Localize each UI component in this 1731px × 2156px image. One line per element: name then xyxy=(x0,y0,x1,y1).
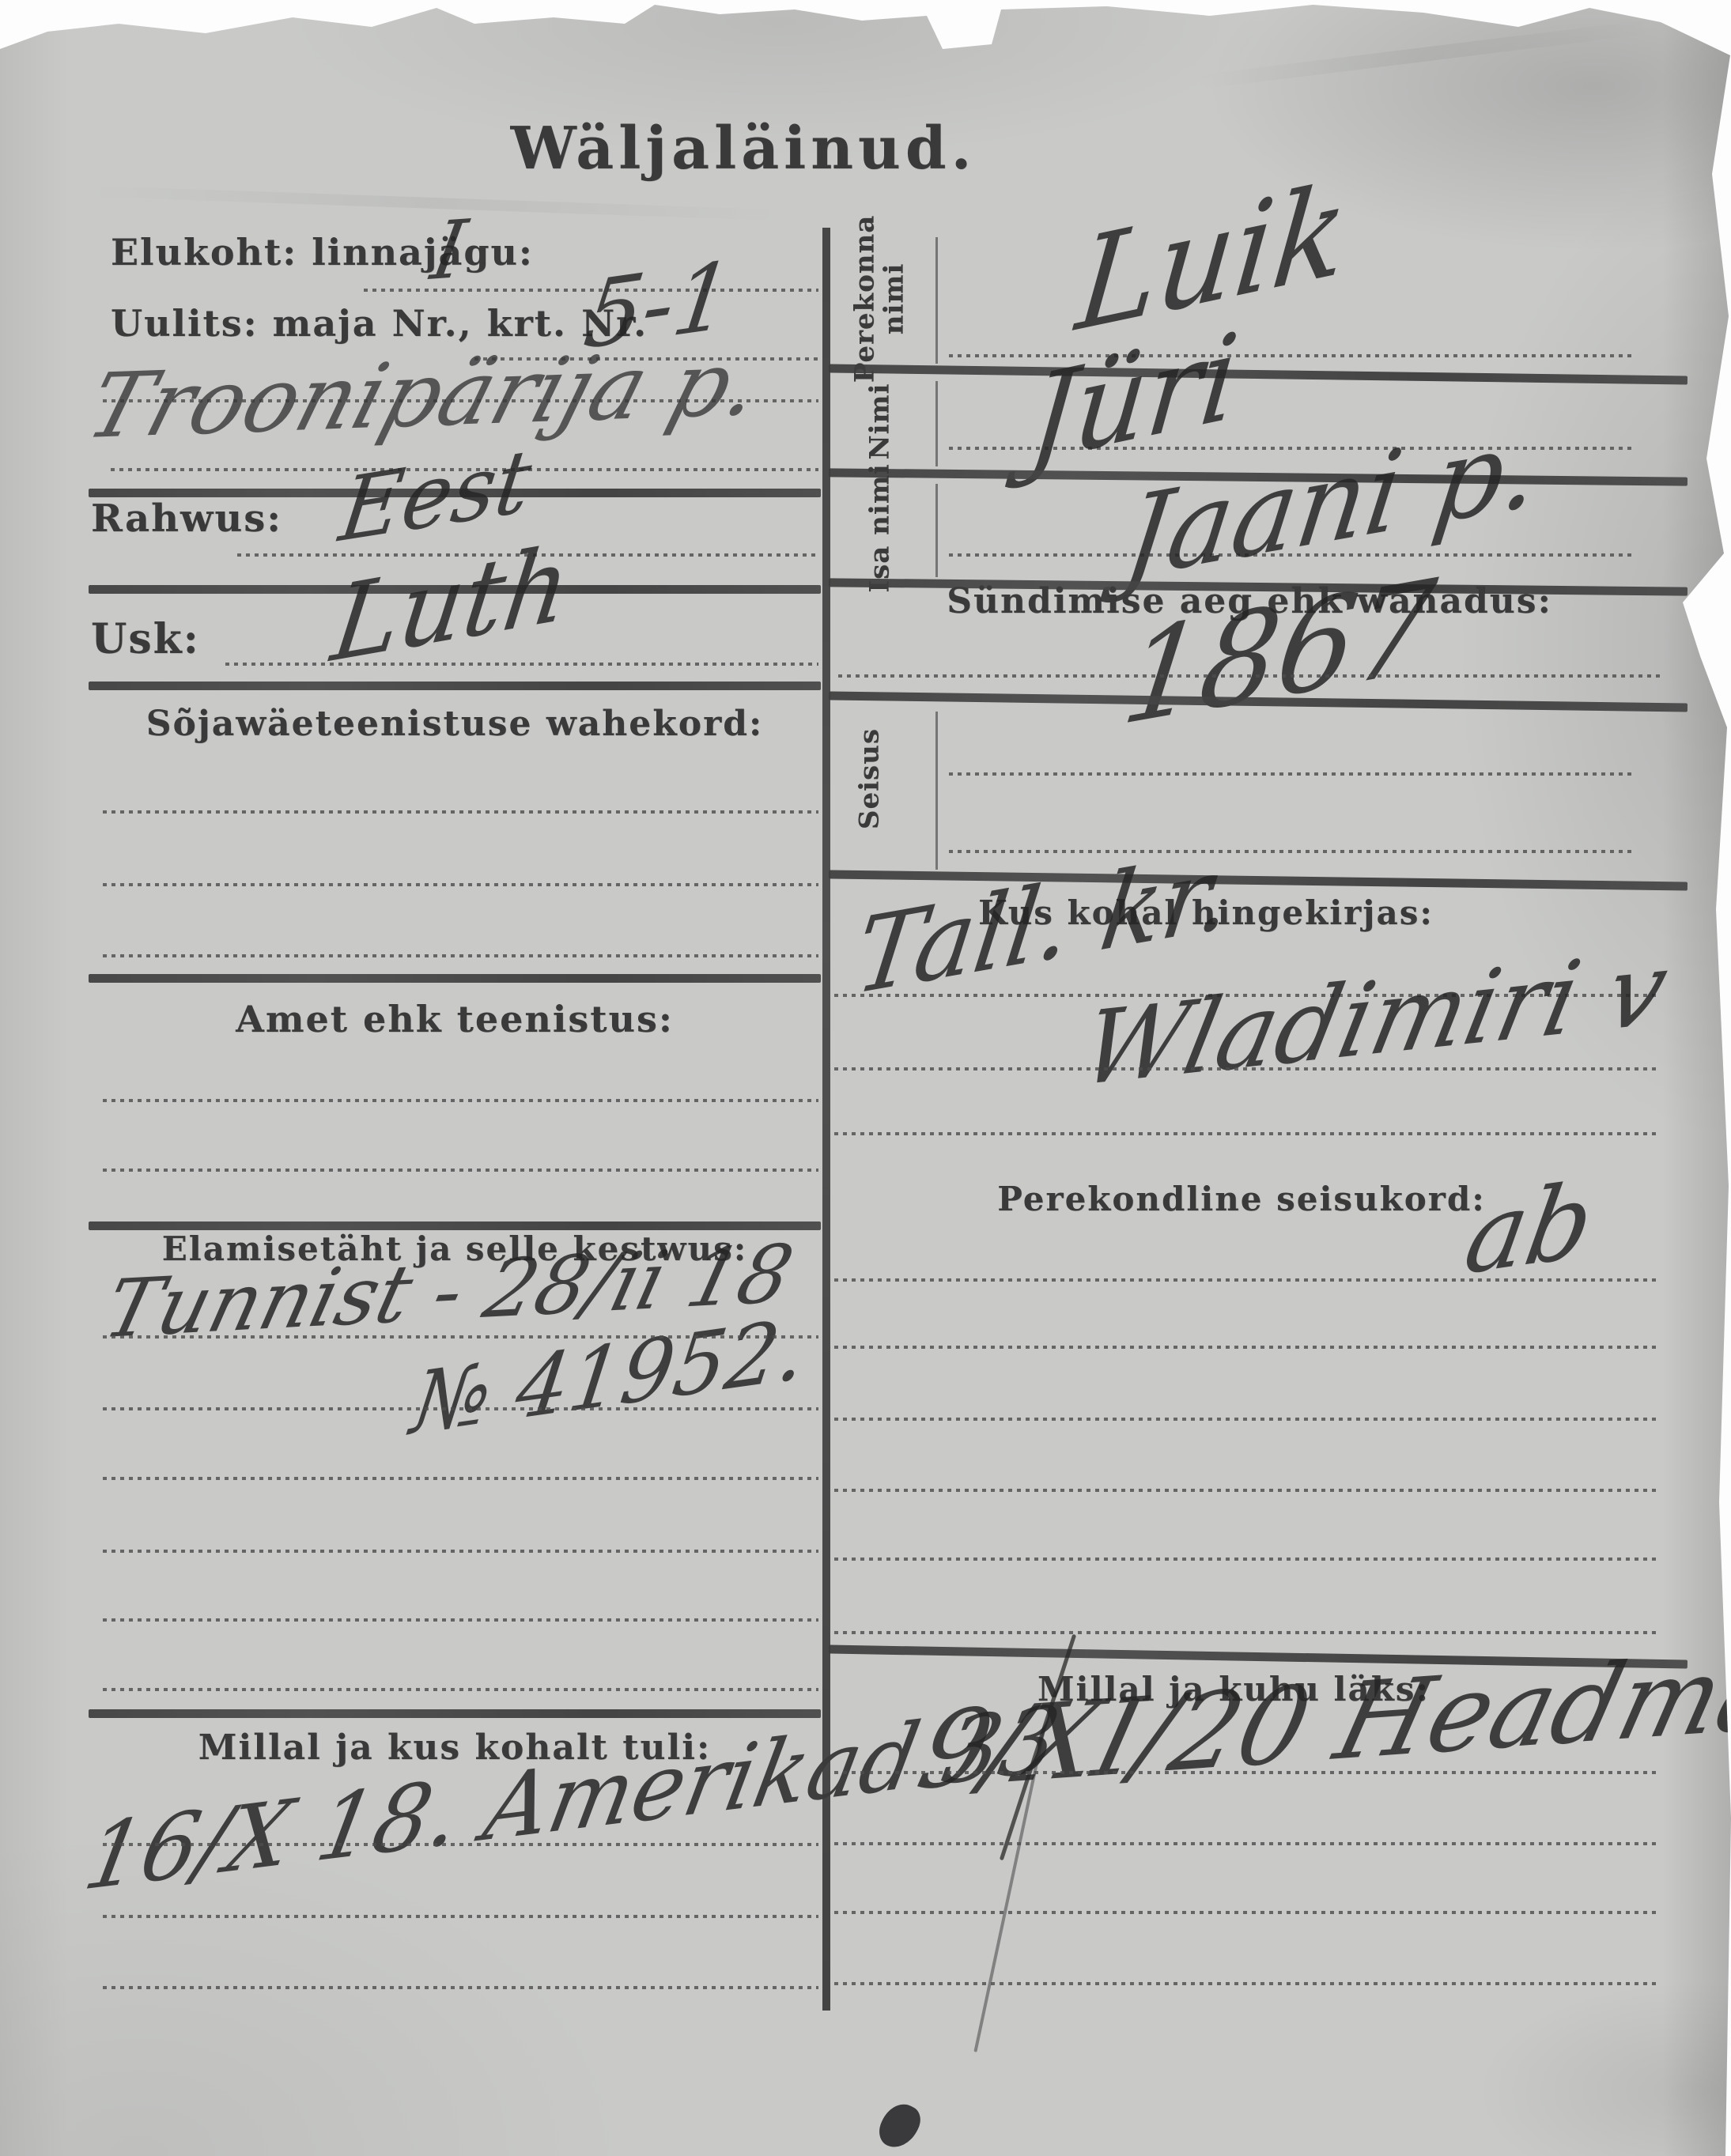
dotted-line xyxy=(834,1982,1661,1985)
dotted-line xyxy=(949,850,1633,853)
dotted-line xyxy=(225,663,818,666)
center-column-divider xyxy=(822,228,830,2011)
section-divider xyxy=(89,682,821,690)
label-rule xyxy=(935,381,938,466)
section-divider xyxy=(829,364,1688,384)
dotted-line xyxy=(834,1418,1661,1421)
paper-crease xyxy=(79,185,791,221)
dotted-line xyxy=(103,1169,818,1172)
dotted-line xyxy=(103,954,818,957)
label-rule xyxy=(935,237,938,364)
sojawae-label: Sõjawäeteenistuse wahekord: xyxy=(146,704,764,744)
dotted-line xyxy=(103,1099,818,1102)
section-divider xyxy=(89,1709,821,1718)
paper-sheet: Wäljaläinud. Elukoht: linnajägu: I Uulit… xyxy=(0,0,1731,2156)
isa-nimi-label: Isa nimi xyxy=(865,433,894,623)
scanned-document: Wäljaläinud. Elukoht: linnajägu: I Uulit… xyxy=(0,0,1731,2156)
dotted-line xyxy=(103,883,818,886)
ink-blot xyxy=(873,2097,926,2154)
dotted-line xyxy=(103,1986,818,1989)
dotted-line xyxy=(103,1407,818,1410)
elukoht-label: Elukoht: linnajägu: xyxy=(111,231,534,274)
usk-label: Usk: xyxy=(91,615,200,663)
dotted-line xyxy=(103,1843,818,1846)
dotted-line xyxy=(103,1618,818,1622)
dotted-line xyxy=(834,1067,1661,1070)
rahwus-label: Rahwus: xyxy=(91,497,282,541)
dotted-line xyxy=(949,772,1633,776)
label-rule xyxy=(935,484,938,577)
dotted-line xyxy=(103,810,818,814)
dotted-line xyxy=(834,1771,1661,1774)
section-divider xyxy=(89,974,821,983)
dotted-line xyxy=(838,674,1661,678)
dotted-line xyxy=(103,1688,818,1691)
dotted-line xyxy=(103,1915,818,1918)
document-title: Wäljaläinud. xyxy=(511,115,977,183)
amet-label: Amet ehk teenistus: xyxy=(236,998,674,1040)
paper-crease xyxy=(1187,19,1660,91)
dotted-line xyxy=(834,1631,1661,1634)
street-value: Troonipärija p. xyxy=(76,332,772,459)
dotted-line xyxy=(834,1911,1661,1914)
dotted-line xyxy=(834,1842,1661,1845)
dotted-line xyxy=(834,1278,1661,1282)
label-rule xyxy=(935,712,938,870)
dotted-line xyxy=(834,1558,1661,1561)
seisus-label: Seisus xyxy=(855,684,884,874)
dotted-line xyxy=(834,1489,1661,1492)
dotted-line xyxy=(103,1335,818,1339)
dotted-line xyxy=(834,1346,1661,1349)
dotted-line xyxy=(834,1132,1661,1135)
perekondline-label: Perekondline seisukord: xyxy=(997,1180,1485,1218)
dotted-line xyxy=(103,1477,818,1480)
dotted-line xyxy=(103,1550,818,1553)
